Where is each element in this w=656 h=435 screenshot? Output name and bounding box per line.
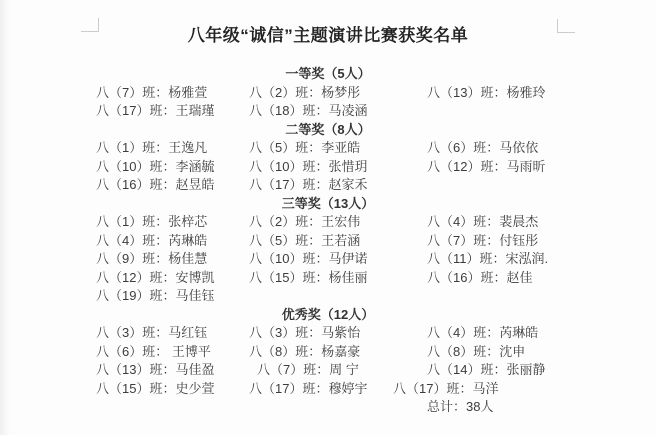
award-entry: 八（12）班：安博凯 — [96, 269, 249, 288]
section-title: 优秀奖（12人） — [0, 306, 656, 325]
award-entry: 八（10）班：马伊诺 — [249, 250, 427, 269]
award-entry: 八（10）班：李涵毓 — [96, 158, 249, 177]
award-entry — [427, 287, 656, 306]
section-title: 一等奖（5人） — [0, 65, 656, 84]
award-section-third-prize: 三等奖（13人） 八（1）班：张梓芯 八（2）班：王宏伟 八（4）班：裴晨杰 八… — [0, 195, 656, 306]
award-entry: 八（7）班：付钰彤 — [427, 232, 656, 251]
award-entry: 八（14）班：张丽静 — [427, 361, 656, 380]
awards-grid: 八（1）班：张梓芯 八（2）班：王宏伟 八（4）班：裴晨杰 八（4）班：芮琳皓 … — [96, 213, 656, 306]
award-entry: 八（12）班：马雨昕 — [427, 158, 656, 177]
total-count: 总计：38人 — [427, 398, 656, 417]
award-list: 一等奖（5人） 八（7）班：杨雅萱 八（2）班：杨梦彤 八（13）班：杨雅玲 八… — [0, 65, 656, 417]
award-entry: 八（3）班：马紫怡 — [249, 324, 427, 343]
award-entry: 八（17）班：马洋 — [393, 380, 656, 399]
award-section-first-prize: 一等奖（5人） 八（7）班：杨雅萱 八（2）班：杨梦彤 八（13）班：杨雅玲 八… — [0, 65, 656, 121]
award-entry: 八（16）班：赵昱皓 — [96, 176, 249, 195]
award-entry — [249, 287, 427, 306]
award-entry: 八（13）班：马佳盈 — [96, 361, 249, 380]
award-entry — [427, 102, 656, 121]
awards-grid: 八（7）班：杨雅萱 八（2）班：杨梦彤 八（13）班：杨雅玲 八（17）班：王瑞… — [96, 84, 656, 121]
document-page: 八年级“诚信”主题演讲比赛获奖名单 一等奖（5人） 八（7）班：杨雅萱 八（2）… — [0, 0, 656, 435]
awards-grid: 八（1）班：王逸凡 八（5）班：李亚皓 八（6）班：马依依 八（10）班：李涵毓… — [96, 139, 656, 195]
awards-grid: 八（3）班：马红钰 八（3）班：马紫怡 八（4）班：芮琳皓 八（6）班： 王博平… — [96, 324, 656, 398]
award-entry: 八（15）班：杨佳丽 — [249, 269, 427, 288]
award-entry: 八（4）班：裴晨杰 — [427, 213, 656, 232]
award-entry: 八（16）班：赵佳 — [427, 269, 656, 288]
margin-corner-mark-left — [81, 18, 99, 32]
award-entry — [427, 176, 656, 195]
award-section-second-prize: 二等奖（8人） 八（1）班：王逸凡 八（5）班：李亚皓 八（6）班：马依依 八（… — [0, 121, 656, 195]
award-entry: 八（4）班：芮琳皓 — [427, 324, 656, 343]
award-entry: 八（17）班：王瑞瑾 — [96, 102, 249, 121]
award-entry: 八（13）班：杨雅玲 — [427, 84, 656, 103]
award-entry: 八（2）班：杨梦彤 — [249, 84, 427, 103]
award-entry: 八（15）班：史少萱 — [96, 380, 249, 399]
award-entry: 八（8）班：沈申 — [427, 343, 656, 362]
award-entry: 八（8）班：杨嘉豪 — [249, 343, 427, 362]
award-entry: 八（6）班：马依依 — [427, 139, 656, 158]
margin-corner-mark-right — [557, 19, 575, 33]
award-entry: 八（9）班：杨佳慧 — [96, 250, 249, 269]
award-entry: 八（3）班：马红钰 — [96, 324, 249, 343]
award-entry: 八（5）班：李亚皓 — [249, 139, 427, 158]
award-entry: 八（2）班：王宏伟 — [249, 213, 427, 232]
award-entry: 八（1）班：张梓芯 — [96, 213, 249, 232]
total-row: 总计：38人 — [96, 398, 656, 417]
award-entry: 八（5）班：王若涵 — [249, 232, 427, 251]
award-entry: 八（11）班：宋泓润. — [427, 250, 656, 269]
award-entry: 八（7）班：杨雅萱 — [96, 84, 249, 103]
award-entry: 八（6）班： 王博平 — [96, 343, 249, 362]
section-title: 二等奖（8人） — [0, 121, 656, 140]
award-entry: 八（18）班：马凌涵 — [249, 102, 427, 121]
award-entry: 八（17）班：赵家禾 — [249, 176, 427, 195]
award-entry: 八（4）班：芮琳皓 — [96, 232, 249, 251]
section-title: 三等奖（13人） — [0, 195, 656, 214]
award-entry: 八（1）班：王逸凡 — [96, 139, 249, 158]
award-section-excellence-prize: 优秀奖（12人） 八（3）班：马红钰 八（3）班：马紫怡 八（4）班：芮琳皓 八… — [0, 306, 656, 399]
award-entry: 八（19）班：马佳钰 — [96, 287, 249, 306]
award-entry: 八（10）班：张惜玥 — [249, 158, 427, 177]
award-entry: 八（7）班：周 宁 — [249, 361, 427, 380]
